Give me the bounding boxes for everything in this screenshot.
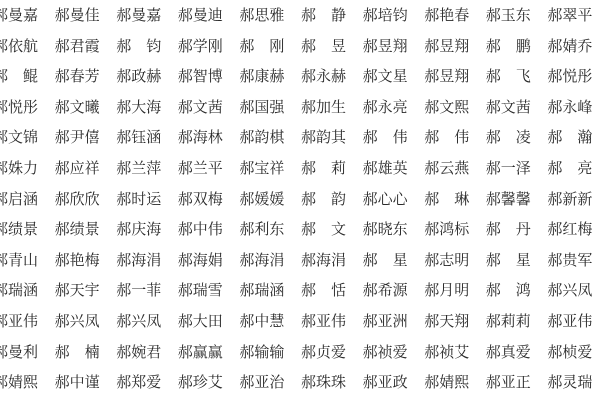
name-entry: 郝 静 — [301, 0, 361, 30]
name-entry: 郝加生 — [301, 92, 361, 122]
name-entry: 郝学刚 — [178, 31, 238, 61]
name-entry: 郝 韵 — [301, 184, 361, 214]
name-entry: 郝曼嘉 — [0, 0, 53, 30]
name-entry: 郝兴凤 — [116, 306, 176, 336]
name-entry: 郝玉东 — [486, 0, 546, 30]
name-entry: 郝文茜 — [486, 92, 546, 122]
name-entry: 郝培钧 — [363, 0, 423, 30]
name-entry: 郝祯艾 — [424, 337, 484, 367]
name-entry: 郝亚伟 — [0, 306, 53, 336]
name-entry: 郝天宇 — [55, 275, 115, 305]
name-entry: 郝 钧 — [116, 31, 176, 61]
name-entry: 郝 恬 — [301, 275, 361, 305]
name-entry: 郝悦彤 — [547, 61, 600, 91]
name-entry: 郝兰平 — [178, 153, 238, 183]
name-entry: 郝曼利 — [0, 337, 53, 367]
name-entry: 郝红梅 — [547, 214, 600, 244]
name-entry: 郝 鸿 — [486, 275, 546, 305]
name-entry: 郝时运 — [116, 184, 176, 214]
name-entry: 郝启涵 — [0, 184, 53, 214]
name-entry: 郝亚正 — [486, 367, 546, 397]
name-entry: 郝一泽 — [486, 153, 546, 183]
name-entry: 郝新新 — [547, 184, 600, 214]
name-entry: 郝兴凤 — [55, 306, 115, 336]
name-entry: 郝翠平 — [547, 0, 600, 30]
name-entry: 郝 飞 — [486, 61, 546, 91]
name-entry: 郝婧乔 — [547, 31, 600, 61]
name-entry: 郝海林 — [178, 122, 238, 152]
name-entry: 郝 丹 — [486, 214, 546, 244]
name-entry: 郝海涓 — [301, 245, 361, 275]
name-entry: 郝庆海 — [116, 214, 176, 244]
name-entry: 郝应祥 — [55, 153, 115, 183]
name-entry: 郝钰涵 — [116, 122, 176, 152]
name-entry: 郝赢赢 — [178, 337, 238, 367]
name-entry: 郝曼嘉 — [116, 0, 176, 30]
name-entry: 郝亚治 — [239, 367, 299, 397]
name-entry: 郝绩景 — [55, 214, 115, 244]
name-entry: 郝韵其 — [301, 122, 361, 152]
name-entry: 郝尹僖 — [55, 122, 115, 152]
name-entry: 郝贞爱 — [301, 337, 361, 367]
name-entry: 郝海涓 — [239, 245, 299, 275]
name-entry: 郝 星 — [486, 245, 546, 275]
name-entry: 郝贵军 — [547, 245, 600, 275]
name-entry: 郝昱翔 — [424, 61, 484, 91]
name-entry: 郝雄英 — [363, 153, 423, 183]
name-entry: 郝兴凤 — [547, 275, 600, 305]
name-entry: 郝曼佳 — [55, 0, 115, 30]
name-entry: 郝曼迪 — [178, 0, 238, 30]
name-entry: 郝婧熙 — [0, 367, 53, 397]
name-entry: 郝君霞 — [55, 31, 115, 61]
name-entry: 郝宝祥 — [239, 153, 299, 183]
name-entry: 郝 瀚 — [547, 122, 600, 152]
name-entry: 郝依航 — [0, 31, 53, 61]
name-entry: 郝艳梅 — [55, 245, 115, 275]
name-entry: 郝中慧 — [239, 306, 299, 336]
name-entry: 郝心心 — [363, 184, 423, 214]
name-entry: 郝永峰 — [547, 92, 600, 122]
name-entry: 郝亚伟 — [301, 306, 361, 336]
name-entry: 郝亚伟 — [547, 306, 600, 336]
name-entry: 郝婉君 — [116, 337, 176, 367]
name-entry: 郝文熙 — [424, 92, 484, 122]
name-entry: 郝天翔 — [424, 306, 484, 336]
name-entry: 郝欣欣 — [55, 184, 115, 214]
name-entry: 郝鸿标 — [424, 214, 484, 244]
name-entry: 郝 伟 — [363, 122, 423, 152]
name-entry: 郝双梅 — [178, 184, 238, 214]
name-entry: 郝国强 — [239, 92, 299, 122]
name-entry: 郝永亮 — [363, 92, 423, 122]
name-entry: 郝 刚 — [239, 31, 299, 61]
name-entry: 郝 鲲 — [0, 61, 53, 91]
name-entry: 郝 凌 — [486, 122, 546, 152]
name-entry: 郝亚洲 — [363, 306, 423, 336]
name-entry: 郝婧熙 — [424, 367, 484, 397]
name-entry: 郝瑞雪 — [178, 275, 238, 305]
name-entry: 郝灵瑞 — [547, 367, 600, 397]
name-entry: 郝大田 — [178, 306, 238, 336]
name-entry: 郝珍艾 — [178, 367, 238, 397]
name-entry: 郝智博 — [178, 61, 238, 91]
name-entry: 郝桢爱 — [547, 337, 600, 367]
name-entry: 郝郑爱 — [116, 367, 176, 397]
name-entry: 郝希源 — [363, 275, 423, 305]
name-entry: 郝春芳 — [55, 61, 115, 91]
name-entry: 郝文锦 — [0, 122, 53, 152]
name-entry: 郝真爱 — [486, 337, 546, 367]
name-entry: 郝兰萍 — [116, 153, 176, 183]
name-entry: 郝海涓 — [116, 245, 176, 275]
name-entry: 郝昱翔 — [424, 31, 484, 61]
name-entry: 郝悦彤 — [0, 92, 53, 122]
name-entry: 郝中伟 — [178, 214, 238, 244]
name-entry: 郝 文 — [301, 214, 361, 244]
name-entry: 郝 星 — [363, 245, 423, 275]
name-entry: 郝康赫 — [239, 61, 299, 91]
name-entry: 郝昱翔 — [363, 31, 423, 61]
name-entry: 郝媛媛 — [239, 184, 299, 214]
name-entry: 郝云燕 — [424, 153, 484, 183]
name-entry: 郝青山 — [0, 245, 53, 275]
name-entry: 郝亚政 — [363, 367, 423, 397]
name-entry: 郝 伟 — [424, 122, 484, 152]
name-entry: 郝姝力 — [0, 153, 53, 183]
name-entry: 郝 昱 — [301, 31, 361, 61]
name-entry: 郝 楠 — [55, 337, 115, 367]
name-entry: 郝输输 — [239, 337, 299, 367]
name-entry: 郝 莉 — [301, 153, 361, 183]
name-entry: 郝文茜 — [178, 92, 238, 122]
name-entry: 郝 亮 — [547, 153, 600, 183]
name-entry: 郝文曦 — [55, 92, 115, 122]
name-entry: 郝 鹏 — [486, 31, 546, 61]
name-entry: 郝海娟 — [178, 245, 238, 275]
name-entry: 郝瑞涵 — [0, 275, 53, 305]
name-entry: 郝文星 — [363, 61, 423, 91]
name-entry: 郝 琳 — [424, 184, 484, 214]
name-entry: 郝大海 — [116, 92, 176, 122]
name-entry: 郝绩景 — [0, 214, 53, 244]
name-entry: 郝瑞涵 — [239, 275, 299, 305]
name-entry: 郝志明 — [424, 245, 484, 275]
name-entry: 郝永赫 — [301, 61, 361, 91]
name-entry: 郝艳春 — [424, 0, 484, 30]
name-entry: 郝祯爱 — [363, 337, 423, 367]
name-entry: 郝利东 — [239, 214, 299, 244]
name-entry: 郝珠珠 — [301, 367, 361, 397]
name-entry: 郝馨馨 — [486, 184, 546, 214]
name-entry: 郝中谨 — [55, 367, 115, 397]
name-entry: 郝晓东 — [363, 214, 423, 244]
name-entry: 郝莉莉 — [486, 306, 546, 336]
name-entry: 郝政赫 — [116, 61, 176, 91]
name-entry: 郝一菲 — [116, 275, 176, 305]
name-entry: 郝韵棋 — [239, 122, 299, 152]
name-entry: 郝思雅 — [239, 0, 299, 30]
name-entry: 郝月明 — [424, 275, 484, 305]
